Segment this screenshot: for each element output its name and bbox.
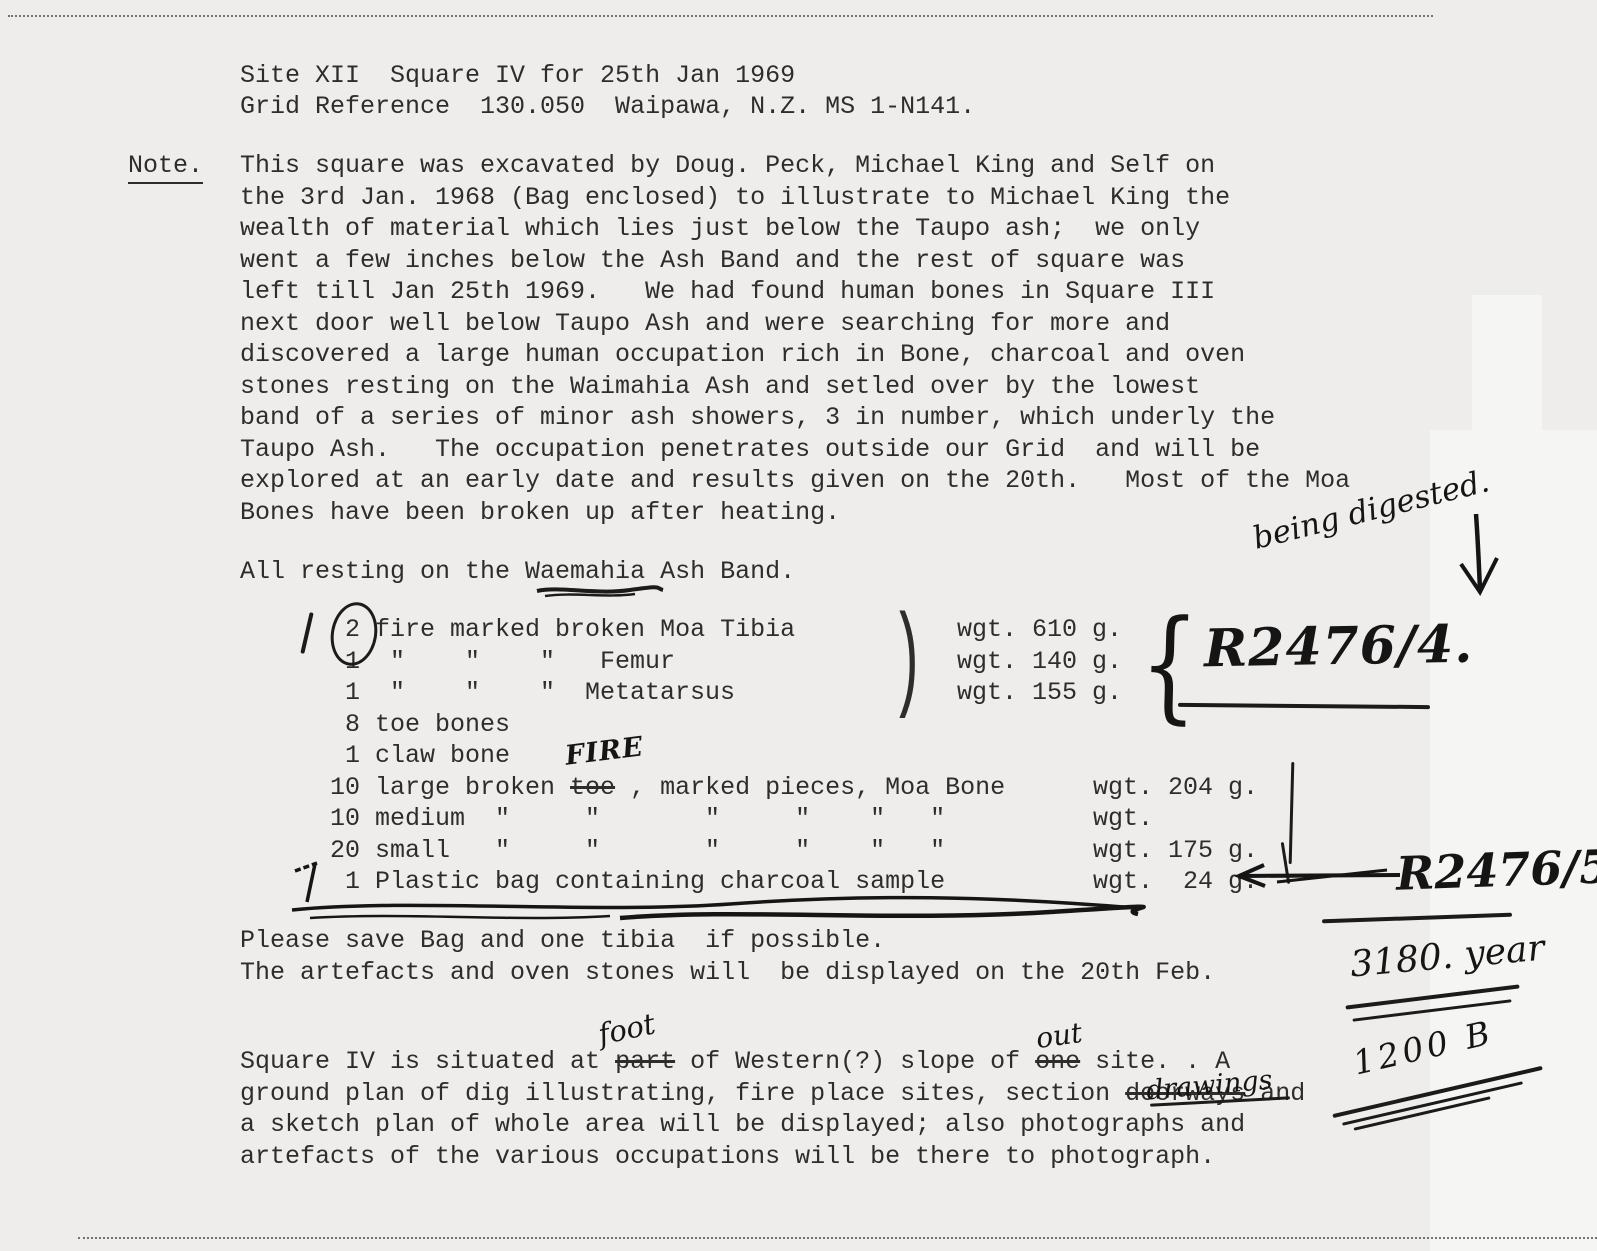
note-line: the 3rd Jan. 1968 (Bag enclosed) to illu…	[240, 182, 1230, 214]
note-line: Taupo Ash. The occupation penetrates out…	[240, 434, 1260, 466]
hand-word-out: out	[1034, 1016, 1084, 1055]
text: of Western(?) slope of	[675, 1047, 1035, 1076]
weight-value: wgt.	[1093, 803, 1153, 835]
note-line: wealth of material which lies just below…	[240, 213, 1200, 245]
note-line: next door well below Taupo Ash and were …	[240, 308, 1170, 340]
text: ground plan of dig illustrating, fire pl…	[240, 1079, 1125, 1108]
weight-value: wgt. 204 g.	[1093, 772, 1258, 804]
scanned-document-page: Site XII Square IV for 25th Jan 1969 Gri…	[0, 0, 1597, 1251]
note-line: discovered a large human occupation rich…	[240, 339, 1245, 371]
hand-catalog-r2476-5: R2476/5	[1395, 839, 1597, 900]
waemahia-scribble-underline	[535, 582, 665, 600]
note-line: explored at an early date and results gi…	[240, 465, 1350, 497]
closing-line-3: a sketch plan of whole area will be disp…	[240, 1109, 1245, 1141]
weight-value: wgt. 610 g.	[957, 614, 1122, 646]
scan-edge-top	[8, 15, 1433, 17]
save-note-line: The artefacts and oven stones will be di…	[240, 957, 1215, 989]
struck-word-toe: toe	[570, 773, 615, 802]
note-label: Note.	[128, 150, 203, 182]
inventory-item-large-pieces: 10 large broken toe , marked pieces, Moa…	[330, 772, 1005, 804]
note-line: This square was excavated by Doug. Peck,…	[240, 150, 1215, 182]
note-line: band of a series of minor ash showers, 3…	[240, 402, 1275, 434]
hand-numeral-one-stroke	[300, 612, 313, 654]
struck-word-part: part	[615, 1047, 675, 1076]
note-line: left till Jan 25th 1969. We had found hu…	[240, 276, 1215, 308]
site-title: Site XII Square IV for 25th Jan 1969	[240, 60, 795, 92]
hand-word-foot: foot	[595, 1006, 658, 1051]
hand-catalog-r2476-4: R2476/4.	[1203, 614, 1473, 680]
note-line: went a few inches below the Ash Band and…	[240, 245, 1185, 277]
inventory-item-claw-bone: 1 claw bone	[345, 740, 510, 772]
weight-value: wgt. 155 g.	[957, 677, 1122, 709]
underlay-sheet-patch	[1472, 295, 1542, 430]
scan-edge-bottom	[78, 1237, 1597, 1239]
item-text: 10 large broken	[330, 773, 570, 802]
inventory-item-femur: 1 " " " Femur	[345, 646, 675, 678]
hand-underline-r2476-4	[1178, 703, 1430, 709]
resting-line: All resting on the Waemahia Ash Band.	[240, 556, 795, 588]
inventory-item-metatarsus: 1 " " " Metatarsus	[345, 677, 735, 709]
inventory-item-small-pieces: 20 small " " " " " "	[330, 835, 945, 867]
note-line: Bones have been broken up after heating.	[240, 497, 840, 529]
hand-vertical-mark	[1289, 762, 1295, 864]
note-line: stones resting on the Waimahia Ash and s…	[240, 371, 1200, 403]
note-label-text: Note.	[128, 151, 203, 184]
item-text: fire marked broken Moa Tibia	[360, 615, 795, 644]
inventory-item-medium-pieces: 10 medium " " " " " "	[330, 803, 945, 835]
hand-down-arrow-icon	[1452, 512, 1504, 608]
grid-reference: Grid Reference 130.050 Waipawa, N.Z. MS …	[240, 91, 975, 123]
inventory-item-toe-bones: 8 toe bones	[345, 709, 510, 741]
hand-left-arrow-icon	[1232, 862, 1402, 890]
weight-value: wgt. 140 g.	[957, 646, 1122, 678]
text: Square IV is situated at	[240, 1047, 615, 1076]
inventory-item-tibia: 2 fire marked broken Moa Tibia	[345, 614, 795, 646]
hand-word-fire: FIRE	[563, 731, 645, 771]
hand-brace: {	[1138, 592, 1200, 737]
typed-brace: )	[890, 598, 925, 729]
save-note-line: Please save Bag and one tibia if possibl…	[240, 925, 885, 957]
item-text: , marked pieces, Moa Bone	[615, 773, 1005, 802]
closing-line-4: artefacts of the various occupations wil…	[240, 1141, 1215, 1173]
closing-line-1: Square IV is situated at part of Western…	[240, 1046, 1230, 1078]
